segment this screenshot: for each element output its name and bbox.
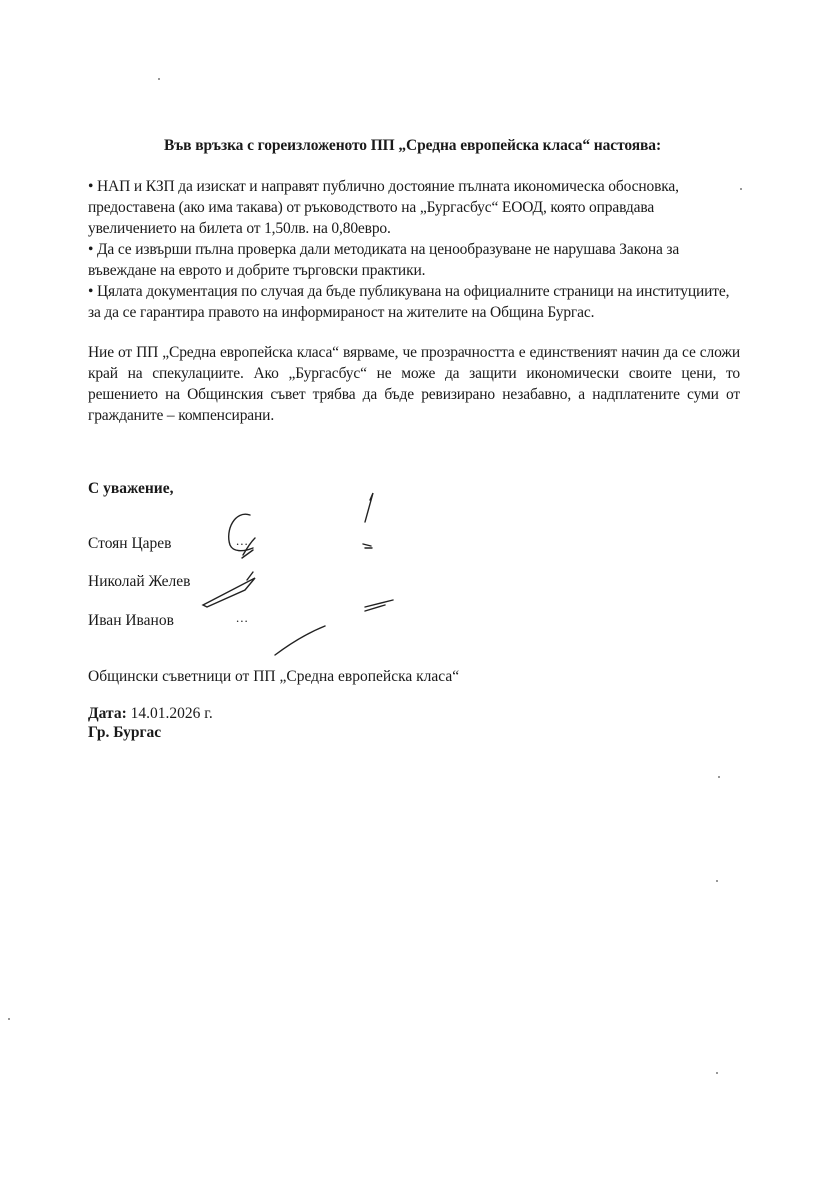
statement-text: Ние от ПП „Средна европейска класа“ вярв…: [88, 342, 740, 426]
scan-speck: [716, 880, 718, 882]
date-value: 14.01.2026 г.: [127, 705, 213, 722]
scan-speck: [158, 78, 160, 80]
statement-paragraph: Ние от ПП „Средна европейска класа“ вярв…: [88, 342, 740, 426]
scan-speck: [740, 188, 742, 190]
demand-item: • Цялата документация по случая да бъде …: [88, 281, 740, 323]
signer-name: Иван Иванов: [88, 612, 174, 630]
document-heading: Във връзка с горeизложеното ПП „Средна е…: [0, 137, 825, 155]
closing-salutation: С уважение,: [88, 480, 173, 498]
demand-item: • Да се извърши пълна проверка дали мето…: [88, 239, 740, 281]
demand-item: • НАП и КЗП да изискат и направят публич…: [88, 176, 740, 239]
redacted-area: [258, 505, 358, 625]
demands-list: • НАП и КЗП да изискат и направят публич…: [88, 176, 740, 323]
date-line: Дата: 14.01.2026 г.: [88, 705, 213, 723]
date-label: Дата:: [88, 705, 127, 722]
scan-speck: [716, 1072, 718, 1074]
city-line: Гр. Бургас: [88, 724, 161, 742]
footer-affiliation: Общински съветници от ПП „Средна европей…: [88, 668, 459, 686]
signer-name: Стоян Царев: [88, 535, 171, 553]
signer-name: Николай Желев: [88, 573, 190, 591]
scan-speck: [718, 776, 720, 778]
document-page: Във връзка с горeизложеното ПП „Средна е…: [0, 0, 825, 1200]
scan-speck: [8, 1018, 10, 1020]
